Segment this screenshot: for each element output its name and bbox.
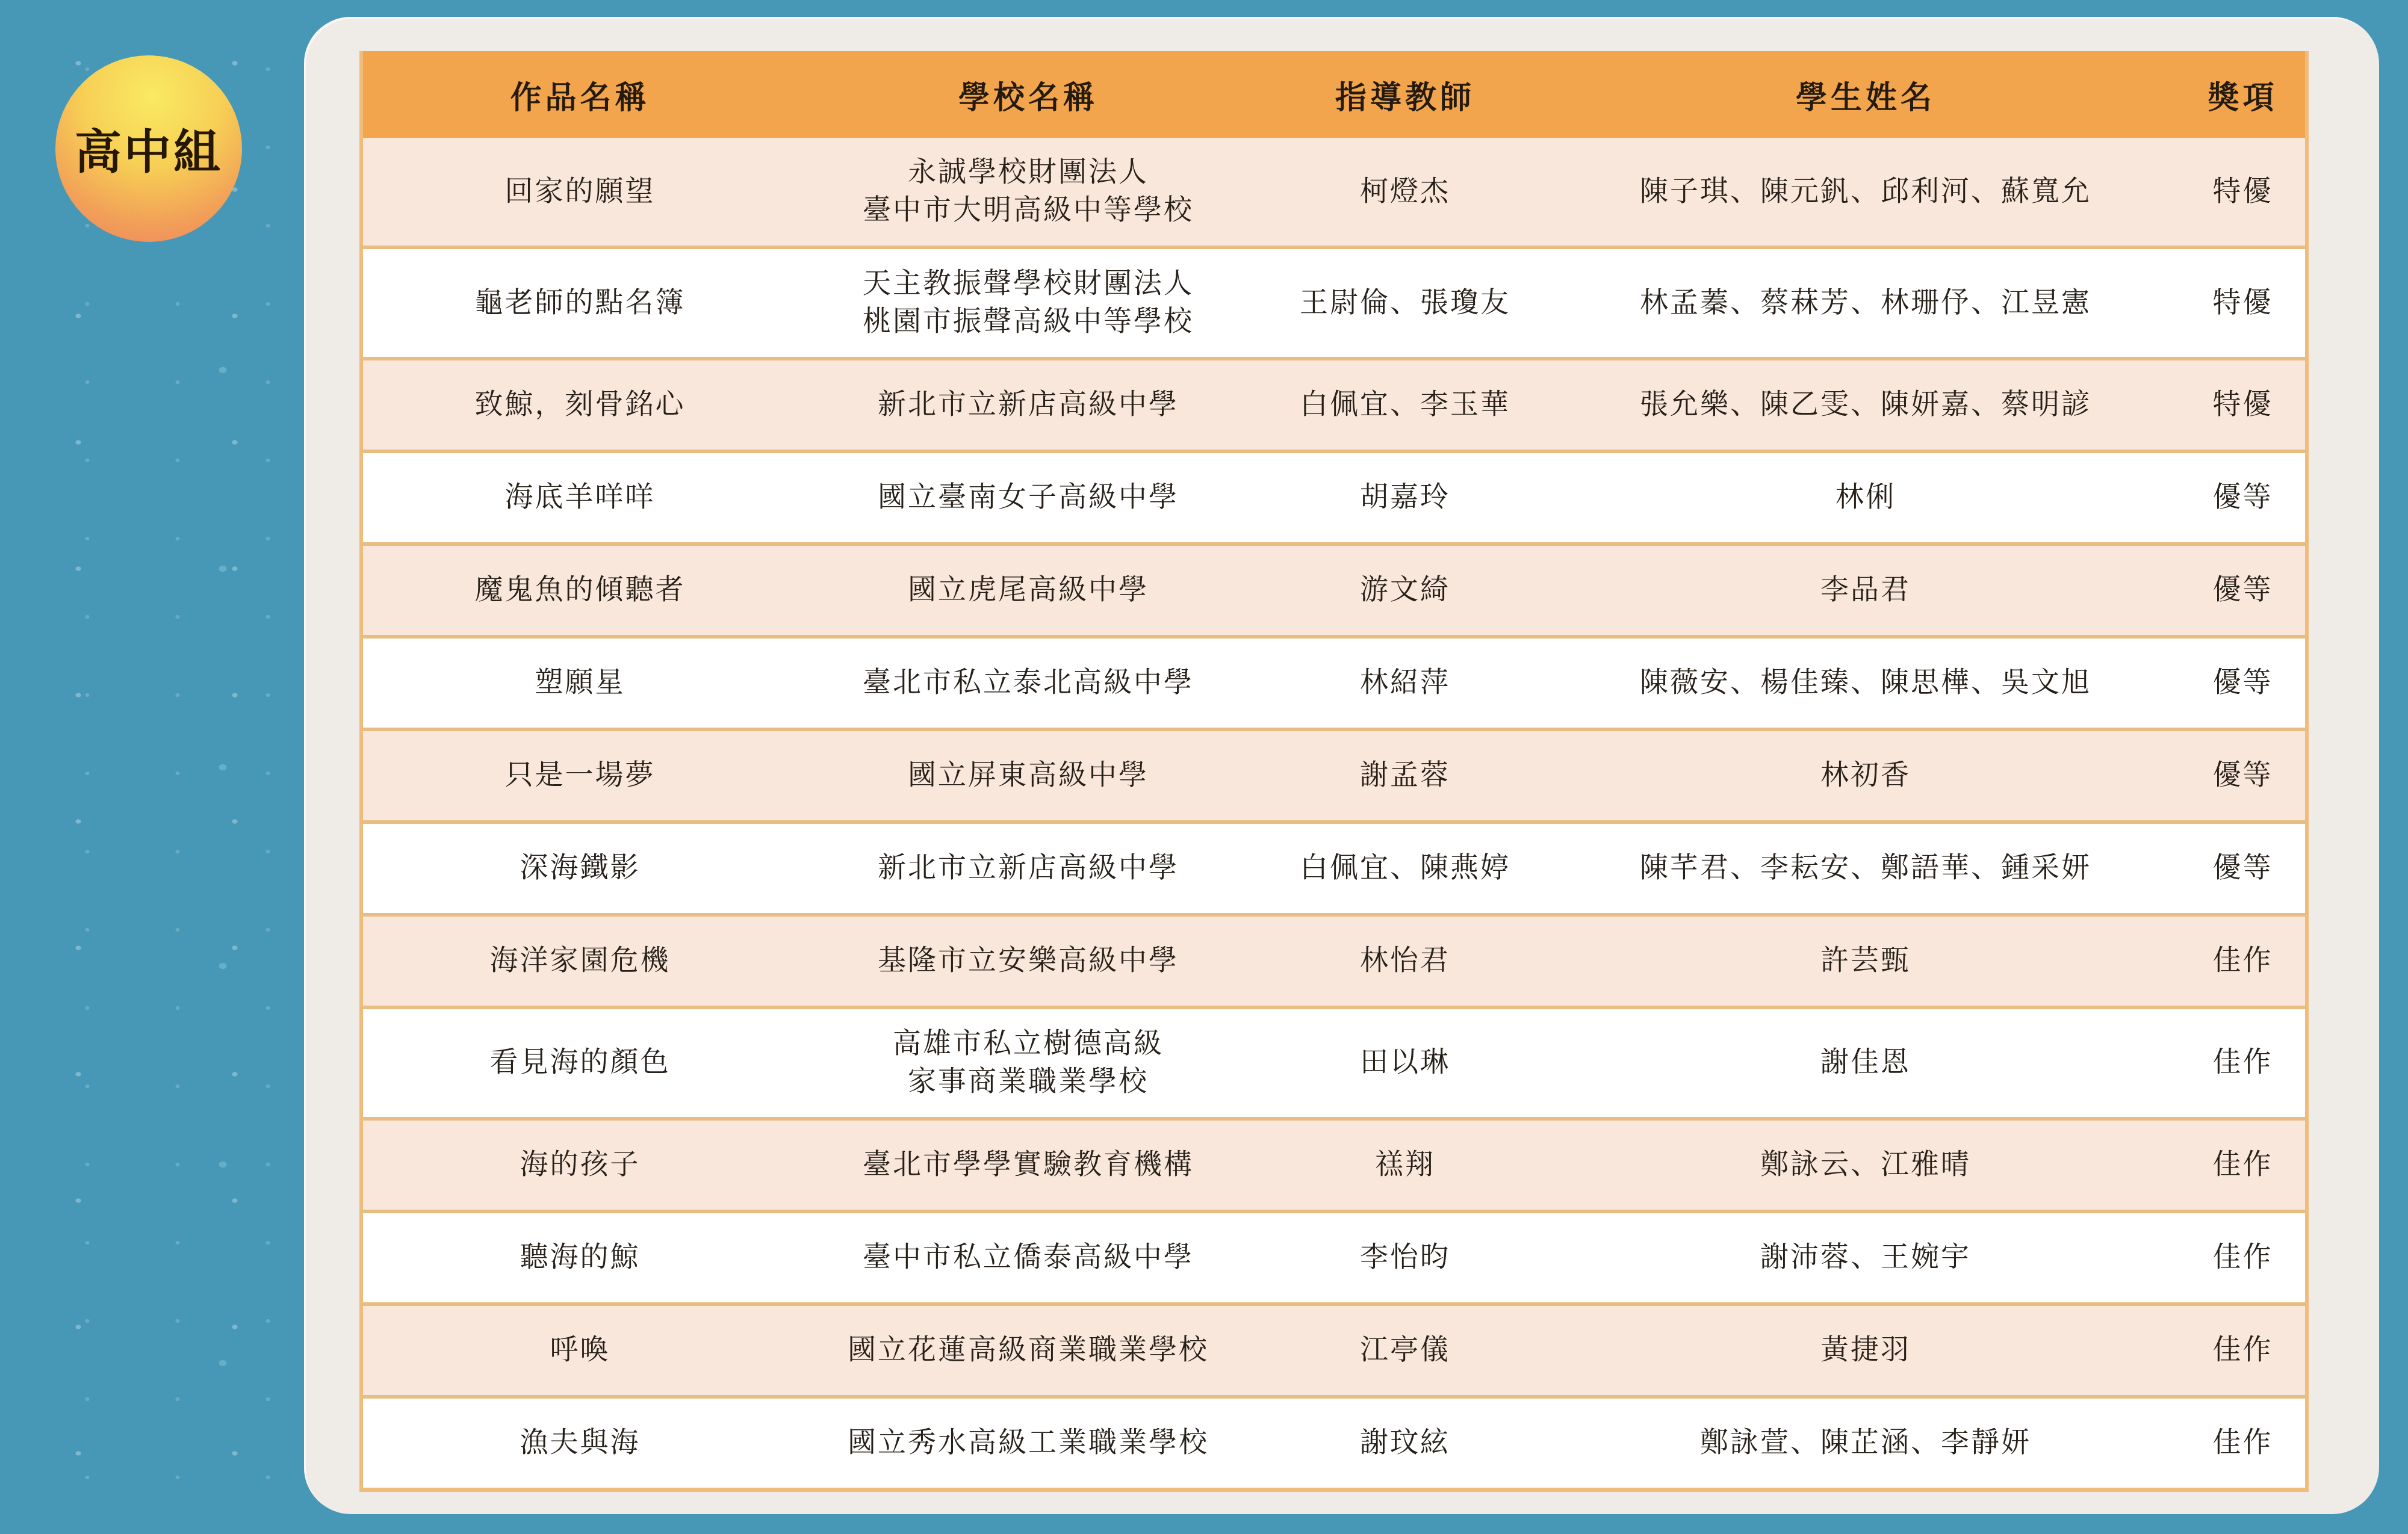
table-row: 塑願星 臺北市私立泰北高級中學 林紹萍 陳薇安、楊佳臻、陳思樺、吳文旭 優等 <box>361 637 2307 729</box>
award-cell: 佳作 <box>2180 1211 2307 1304</box>
award-table-card: 作品名稱 學校名稱 指導教師 學生姓名 獎項 回家的願望 永誠學校財團法人 臺中… <box>304 17 2379 1514</box>
table-row: 龜老師的點名簿 天主教振聲學校財團法人 桃園市振聲高級中等學校 王尉倫、張瓊友 … <box>361 247 2307 359</box>
school-name-cell: 國立臺南女子高級中學 <box>797 451 1259 544</box>
work-title-cell: 塑願星 <box>361 637 797 729</box>
work-title-cell: 海洋家園危機 <box>361 915 797 1007</box>
award-cell: 佳作 <box>2180 1397 2307 1490</box>
award-cell: 佳作 <box>2180 1007 2307 1119</box>
award-cell: 特優 <box>2180 138 2307 247</box>
table-row: 海的孩子 臺北市學學實驗教育機構 禚翔 鄭詠云、江雅晴 佳作 <box>361 1119 2307 1211</box>
award-cell: 佳作 <box>2180 1304 2307 1397</box>
table-row: 海底羊咩咩 國立臺南女子高級中學 胡嘉玲 林俐 優等 <box>361 451 2307 544</box>
students-cell: 陳薇安、楊佳臻、陳思樺、吳文旭 <box>1551 637 2180 729</box>
table-row: 呼喚 國立花蓮高級商業職業學校 江亭儀 黃捷羽 佳作 <box>361 1304 2307 1397</box>
award-cell: 優等 <box>2180 822 2307 915</box>
teacher-cell: 田以琳 <box>1259 1007 1551 1119</box>
work-title-cell: 深海鐵影 <box>361 822 797 915</box>
header-advising-teacher: 指導教師 <box>1259 51 1551 138</box>
work-title-cell: 海底羊咩咩 <box>361 451 797 544</box>
header-award: 獎項 <box>2180 51 2307 138</box>
award-cell: 優等 <box>2180 729 2307 822</box>
school-name-cell: 永誠學校財團法人 臺中市大明高級中等學校 <box>797 138 1259 247</box>
school-name-cell: 基隆市立安樂高級中學 <box>797 915 1259 1007</box>
page-background: 高中組 作品名稱 學校名稱 指導教師 學生姓名 獎項 回家的願望 永誠學校財團法… <box>0 0 2408 1534</box>
teacher-cell: 白佩宜、陳燕婷 <box>1259 822 1551 915</box>
work-title-cell: 看見海的顏色 <box>361 1007 797 1119</box>
students-cell: 張允樂、陳乙雯、陳妍嘉、蔡明諺 <box>1551 359 2180 451</box>
teacher-cell: 江亭儀 <box>1259 1304 1551 1397</box>
school-name-cell: 國立花蓮高級商業職業學校 <box>797 1304 1259 1397</box>
award-cell: 特優 <box>2180 359 2307 451</box>
group-badge: 高中組 <box>55 55 242 242</box>
students-cell: 陳子琪、陳元釩、邱利河、蘇寬允 <box>1551 138 2180 247</box>
teacher-cell: 游文綺 <box>1259 544 1551 637</box>
table-row: 致鯨，刻骨銘心 新北市立新店高級中學 白佩宜、李玉華 張允樂、陳乙雯、陳妍嘉、蔡… <box>361 359 2307 451</box>
school-name-cell: 高雄市私立樹德高級 家事商業職業學校 <box>797 1007 1259 1119</box>
teacher-cell: 王尉倫、張瓊友 <box>1259 247 1551 359</box>
school-name-cell: 新北市立新店高級中學 <box>797 359 1259 451</box>
table-row: 深海鐵影 新北市立新店高級中學 白佩宜、陳燕婷 陳芊君、李耘安、鄭語華、鍾采妍 … <box>361 822 2307 915</box>
table-row: 聽海的鯨 臺中市私立僑泰高級中學 李怡昀 謝沛蓉、王婉宇 佳作 <box>361 1211 2307 1304</box>
students-cell: 謝佳恩 <box>1551 1007 2180 1119</box>
school-name-cell: 臺中市私立僑泰高級中學 <box>797 1211 1259 1304</box>
table-row: 回家的願望 永誠學校財團法人 臺中市大明高級中等學校 柯燈杰 陳子琪、陳元釩、邱… <box>361 138 2307 247</box>
students-cell: 鄭詠云、江雅晴 <box>1551 1119 2180 1211</box>
work-title-cell: 回家的願望 <box>361 138 797 247</box>
students-cell: 許芸甄 <box>1551 915 2180 1007</box>
teacher-cell: 李怡昀 <box>1259 1211 1551 1304</box>
school-name-cell: 天主教振聲學校財團法人 桃園市振聲高級中等學校 <box>797 247 1259 359</box>
award-cell: 優等 <box>2180 637 2307 729</box>
teacher-cell: 柯燈杰 <box>1259 138 1551 247</box>
award-cell: 佳作 <box>2180 1119 2307 1211</box>
school-name-cell: 國立屏東高級中學 <box>797 729 1259 822</box>
work-title-cell: 龜老師的點名簿 <box>361 247 797 359</box>
students-cell: 李品君 <box>1551 544 2180 637</box>
table-row: 只是一場夢 國立屏東高級中學 謝孟蓉 林初香 優等 <box>361 729 2307 822</box>
school-name-cell: 國立秀水高級工業職業學校 <box>797 1397 1259 1490</box>
award-cell: 特優 <box>2180 247 2307 359</box>
teacher-cell: 白佩宜、李玉華 <box>1259 359 1551 451</box>
table-row: 漁夫與海 國立秀水高級工業職業學校 謝玟絃 鄭詠萱、陳芷涵、李靜妍 佳作 <box>361 1397 2307 1490</box>
award-cell: 優等 <box>2180 544 2307 637</box>
school-name-cell: 新北市立新店高級中學 <box>797 822 1259 915</box>
award-table: 作品名稱 學校名稱 指導教師 學生姓名 獎項 回家的願望 永誠學校財團法人 臺中… <box>359 51 2309 1492</box>
students-cell: 鄭詠萱、陳芷涵、李靜妍 <box>1551 1397 2180 1490</box>
school-name-cell: 臺北市學學實驗教育機構 <box>797 1119 1259 1211</box>
work-title-cell: 海的孩子 <box>361 1119 797 1211</box>
award-cell: 佳作 <box>2180 915 2307 1007</box>
work-title-cell: 漁夫與海 <box>361 1397 797 1490</box>
work-title-cell: 致鯨，刻骨銘心 <box>361 359 797 451</box>
header-student-names: 學生姓名 <box>1551 51 2180 138</box>
students-cell: 林初香 <box>1551 729 2180 822</box>
teacher-cell: 謝孟蓉 <box>1259 729 1551 822</box>
teacher-cell: 林紹萍 <box>1259 637 1551 729</box>
school-name-cell: 臺北市私立泰北高級中學 <box>797 637 1259 729</box>
students-cell: 黃捷羽 <box>1551 1304 2180 1397</box>
students-cell: 陳芊君、李耘安、鄭語華、鍾采妍 <box>1551 822 2180 915</box>
header-work-title: 作品名稱 <box>361 51 797 138</box>
group-badge-label: 高中組 <box>75 115 223 182</box>
work-title-cell: 呼喚 <box>361 1304 797 1397</box>
teacher-cell: 林怡君 <box>1259 915 1551 1007</box>
header-school-name: 學校名稱 <box>797 51 1259 138</box>
students-cell: 林孟蓁、蔡菻芳、林珊伃、江昱憲 <box>1551 247 2180 359</box>
table-row: 海洋家園危機 基隆市立安樂高級中學 林怡君 許芸甄 佳作 <box>361 915 2307 1007</box>
table-row: 魔鬼魚的傾聽者 國立虎尾高級中學 游文綺 李品君 優等 <box>361 544 2307 637</box>
work-title-cell: 魔鬼魚的傾聽者 <box>361 544 797 637</box>
students-cell: 謝沛蓉、王婉宇 <box>1551 1211 2180 1304</box>
teacher-cell: 禚翔 <box>1259 1119 1551 1211</box>
teacher-cell: 胡嘉玲 <box>1259 451 1551 544</box>
award-cell: 優等 <box>2180 451 2307 544</box>
work-title-cell: 只是一場夢 <box>361 729 797 822</box>
students-cell: 林俐 <box>1551 451 2180 544</box>
teacher-cell: 謝玟絃 <box>1259 1397 1551 1490</box>
table-header-row: 作品名稱 學校名稱 指導教師 學生姓名 獎項 <box>361 51 2307 138</box>
work-title-cell: 聽海的鯨 <box>361 1211 797 1304</box>
table-row: 看見海的顏色 高雄市私立樹德高級 家事商業職業學校 田以琳 謝佳恩 佳作 <box>361 1007 2307 1119</box>
school-name-cell: 國立虎尾高級中學 <box>797 544 1259 637</box>
